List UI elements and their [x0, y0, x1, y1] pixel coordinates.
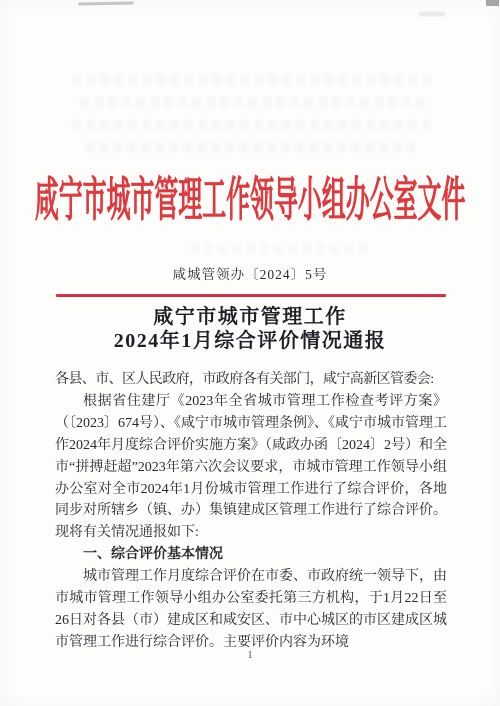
- document-body: 各县、市、区人民政府，市政府各有关部门，咸宁高新区管委会: 根据省住建厅《202…: [55, 369, 447, 654]
- doc-reference-number: 咸城管领办〔2024〕5号: [0, 263, 500, 283]
- red-divider-line: [56, 294, 446, 297]
- masthead: 咸宁市城市管理工作领导小组办公室文件: [0, 158, 500, 234]
- ink-bleedthrough: [190, 243, 370, 254]
- scan-artifact: [78, 2, 134, 6]
- agency-title: 咸宁市城市管理工作领导小组办公室文件: [35, 162, 466, 231]
- salutation-line: 各县、市、区人民政府，市政府各有关部门，咸宁高新区管委会:: [55, 369, 447, 391]
- body-paragraph-2: 城市管理工作月度综合评价在市委、市政府统一领导下，由市城市管理工作领导小组办公室…: [55, 566, 447, 654]
- section-1-heading: 一、综合评价基本情况: [55, 544, 447, 566]
- page-number: 1: [0, 649, 500, 661]
- ink-bleedthrough: [72, 74, 432, 85]
- document-title-line1: 咸宁市城市管理工作: [0, 306, 500, 330]
- ink-bleedthrough: [85, 142, 415, 153]
- ink-bleedthrough: [80, 97, 425, 108]
- scan-artifact: [486, 0, 499, 6]
- body-paragraph-1: 根据省住建厅《2023年全省城市管理工作检查考评方案》（〔2023〕674号）、…: [55, 391, 447, 544]
- scan-artifact: [419, 12, 445, 16]
- document-title-line2: 2024年1月综合评价情况通报: [0, 330, 500, 354]
- document-title: 咸宁市城市管理工作 2024年1月综合评价情况通报: [0, 306, 500, 353]
- ink-bleedthrough: [72, 120, 432, 131]
- document-page: 咸宁市城市管理工作领导小组办公室文件 咸城管领办〔2024〕5号 咸宁市城市管理…: [0, 0, 500, 706]
